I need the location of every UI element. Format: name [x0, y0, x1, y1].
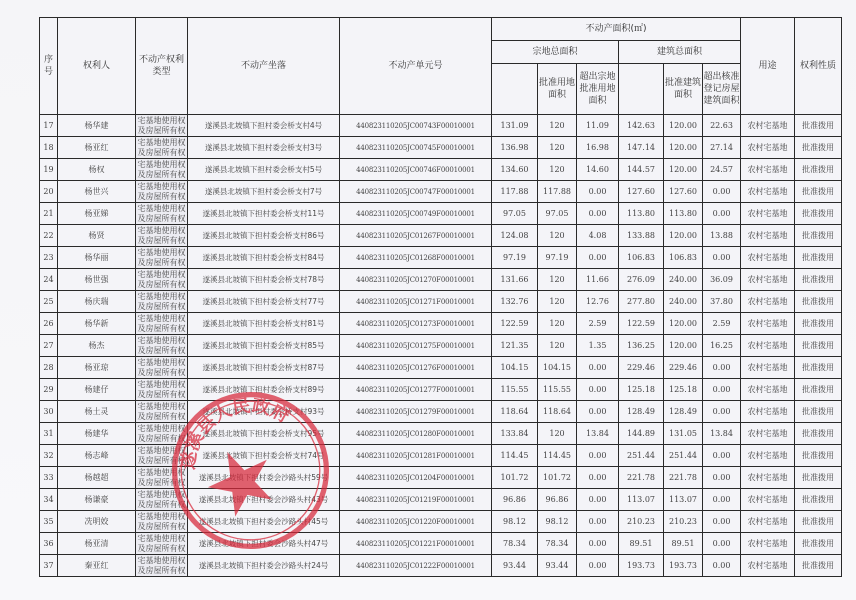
row-building-approved: 251.44 [664, 445, 703, 467]
row-location: 遂溪县北坡镇下担村委会桥支村7号 [188, 181, 340, 203]
row-use: 农村宅基地 [741, 555, 795, 577]
row-use: 农村宅基地 [741, 181, 795, 203]
row-seq: 17 [40, 115, 58, 137]
row-seq: 36 [40, 533, 58, 555]
table-row: 23杨华丽宅基地使用权及房屋所有权遂溪县北坡镇下担村委会桥支村84号440823… [40, 247, 842, 269]
row-use: 农村宅基地 [741, 533, 795, 555]
row-right-nature: 批准拨用 [795, 423, 842, 445]
row-building-excess: 0.00 [703, 533, 741, 555]
row-seq: 29 [40, 379, 58, 401]
row-owner: 杨谦豪 [58, 489, 136, 511]
row-location: 遂溪县北坡镇下担村委会桥支村93号 [188, 401, 340, 423]
row-right-type: 宅基地使用权及房屋所有权 [136, 269, 188, 291]
row-building-approved: 120.00 [664, 159, 703, 181]
row-land-total: 133.84 [492, 423, 538, 445]
row-unit-no: 440823110205JC01219F00010001 [340, 489, 492, 511]
row-use: 农村宅基地 [741, 247, 795, 269]
row-seq: 25 [40, 291, 58, 313]
header-land-total: 宗地总面积 [492, 41, 619, 64]
row-owner: 杨权 [58, 159, 136, 181]
row-building-excess: 0.00 [703, 489, 741, 511]
row-land-total: 78.34 [492, 533, 538, 555]
table-row: 34杨谦豪宅基地使用权及房屋所有权遂溪县北坡镇下担村委会沙路头村43号44082… [40, 489, 842, 511]
row-right-type: 宅基地使用权及房屋所有权 [136, 555, 188, 577]
row-land-approved: 114.45 [538, 445, 577, 467]
row-location: 遂溪县北坡镇下担村委会桥支村85号 [188, 335, 340, 357]
row-location: 遂溪县北坡镇下担村委会沙路头村43号 [188, 489, 340, 511]
row-owner: 杨亚红 [58, 137, 136, 159]
row-owner: 杨杰 [58, 335, 136, 357]
row-land-excess: 0.00 [577, 555, 619, 577]
row-building-approved: 131.05 [664, 423, 703, 445]
row-building-total: 89.51 [619, 533, 664, 555]
row-building-total: 142.63 [619, 115, 664, 137]
row-building-approved: 113.07 [664, 489, 703, 511]
row-building-approved: 210.23 [664, 511, 703, 533]
table-row: 19杨权宅基地使用权及房屋所有权遂溪县北坡镇下担村委会桥支村5号44082311… [40, 159, 842, 181]
table-row: 21杨亚娣宅基地使用权及房屋所有权遂溪县北坡镇下担村委会桥支村11号440823… [40, 203, 842, 225]
row-right-type: 宅基地使用权及房屋所有权 [136, 291, 188, 313]
row-seq: 23 [40, 247, 58, 269]
table-row: 22杨贤宅基地使用权及房屋所有权遂溪县北坡镇下担村委会桥支村86号4408231… [40, 225, 842, 247]
row-building-total: 147.14 [619, 137, 664, 159]
row-owner: 杨越超 [58, 467, 136, 489]
row-location: 遂溪县北坡镇下担村委会桥支村89号 [188, 379, 340, 401]
row-right-type: 宅基地使用权及房屋所有权 [136, 159, 188, 181]
row-land-total: 136.98 [492, 137, 538, 159]
row-owner: 杨亚娣 [58, 203, 136, 225]
row-land-total: 115.55 [492, 379, 538, 401]
row-use: 农村宅基地 [741, 137, 795, 159]
row-unit-no: 440823110205JC01281F00010001 [340, 445, 492, 467]
row-building-total: 221.78 [619, 467, 664, 489]
row-unit-no: 440823110205JC01277F00010001 [340, 379, 492, 401]
row-owner: 杨志峰 [58, 445, 136, 467]
row-seq: 30 [40, 401, 58, 423]
header-land-excess: 超出宗地批准用地面积 [577, 64, 619, 115]
row-building-total: 277.80 [619, 291, 664, 313]
row-building-total: 136.25 [619, 335, 664, 357]
row-seq: 22 [40, 225, 58, 247]
row-land-excess: 12.76 [577, 291, 619, 313]
row-land-excess: 0.00 [577, 489, 619, 511]
row-seq: 32 [40, 445, 58, 467]
row-building-excess: 0.00 [703, 247, 741, 269]
row-building-total: 113.07 [619, 489, 664, 511]
row-building-excess: 13.84 [703, 423, 741, 445]
row-land-total: 101.72 [492, 467, 538, 489]
row-building-total: 128.49 [619, 401, 664, 423]
row-building-approved: 113.80 [664, 203, 703, 225]
row-unit-no: 440823110205JC01271F00010001 [340, 291, 492, 313]
row-unit-no: 440823110205JC00745F00010001 [340, 137, 492, 159]
row-right-nature: 批准拨用 [795, 181, 842, 203]
row-location: 遂溪县北坡镇下担村委会沙路头村24号 [188, 555, 340, 577]
table-row: 24杨世强宅基地使用权及房屋所有权遂溪县北坡镇下担村委会桥支村78号440823… [40, 269, 842, 291]
row-right-nature: 批准拨用 [795, 335, 842, 357]
row-land-total: 104.15 [492, 357, 538, 379]
row-right-type: 宅基地使用权及房屋所有权 [136, 467, 188, 489]
row-land-total: 97.05 [492, 203, 538, 225]
row-owner: 杨土灵 [58, 401, 136, 423]
row-land-approved: 120 [538, 225, 577, 247]
table-row: 18杨亚红宅基地使用权及房屋所有权遂溪县北坡镇下担村委会桥支村3号4408231… [40, 137, 842, 159]
row-location: 遂溪县北坡镇下担村委会沙路头村45号 [188, 511, 340, 533]
row-right-nature: 批准拨用 [795, 291, 842, 313]
row-right-type: 宅基地使用权及房屋所有权 [136, 115, 188, 137]
row-use: 农村宅基地 [741, 115, 795, 137]
row-right-type: 宅基地使用权及房屋所有权 [136, 313, 188, 335]
header-building-total: 建筑总面积 [619, 41, 741, 64]
row-building-approved: 240.00 [664, 291, 703, 313]
row-building-total: 144.89 [619, 423, 664, 445]
row-right-nature: 批准拨用 [795, 357, 842, 379]
row-right-nature: 批准拨用 [795, 313, 842, 335]
row-right-type: 宅基地使用权及房屋所有权 [136, 247, 188, 269]
header-right-nature: 权利性质 [795, 18, 842, 115]
row-land-excess: 4.08 [577, 225, 619, 247]
row-location: 遂溪县北坡镇下担村委会沙路头村59号 [188, 467, 340, 489]
row-land-approved: 93.44 [538, 555, 577, 577]
row-building-excess: 0.00 [703, 445, 741, 467]
row-land-approved: 120 [538, 423, 577, 445]
row-building-total: 122.59 [619, 313, 664, 335]
row-land-excess: 0.00 [577, 401, 619, 423]
row-land-approved: 120 [538, 159, 577, 181]
row-building-approved: 120.00 [664, 115, 703, 137]
row-owner: 杨贤 [58, 225, 136, 247]
row-right-nature: 批准拨用 [795, 159, 842, 181]
row-right-nature: 批准拨用 [795, 533, 842, 555]
header-seq: 序号 [40, 18, 58, 115]
row-building-excess: 0.00 [703, 379, 741, 401]
row-unit-no: 440823110205JC00743F00010001 [340, 115, 492, 137]
row-unit-no: 440823110205JC01220F00010001 [340, 511, 492, 533]
row-owner: 杨华新 [58, 313, 136, 335]
row-right-nature: 批准拨用 [795, 225, 842, 247]
row-building-excess: 2.59 [703, 313, 741, 335]
row-land-excess: 0.00 [577, 379, 619, 401]
row-building-total: 144.57 [619, 159, 664, 181]
row-building-total: 113.80 [619, 203, 664, 225]
row-location: 遂溪县北坡镇下担村委会桥支村77号 [188, 291, 340, 313]
row-land-total: 96.86 [492, 489, 538, 511]
row-owner: 杨华建 [58, 115, 136, 137]
row-building-approved: 125.18 [664, 379, 703, 401]
row-right-nature: 批准拨用 [795, 379, 842, 401]
row-building-excess: 0.00 [703, 467, 741, 489]
document-page: 序号 权利人 不动产权利类型 不动产坐落 不动产单元号 不动产面积(㎡) 用途 … [0, 0, 856, 600]
row-seq: 28 [40, 357, 58, 379]
row-building-excess: 24.57 [703, 159, 741, 181]
header-building-excess: 超出核准登记房屋建筑面积 [703, 64, 741, 115]
row-building-total: 210.23 [619, 511, 664, 533]
row-seq: 31 [40, 423, 58, 445]
row-land-excess: 0.00 [577, 511, 619, 533]
row-owner: 杨亚清 [58, 533, 136, 555]
table-row: 29杨建仔宅基地使用权及房屋所有权遂溪县北坡镇下担村委会桥支村89号440823… [40, 379, 842, 401]
row-land-total: 122.59 [492, 313, 538, 335]
row-land-approved: 97.19 [538, 247, 577, 269]
table-body: 17杨华建宅基地使用权及房屋所有权遂溪县北坡镇下担村委会桥支村4号4408231… [40, 115, 842, 577]
row-seq: 18 [40, 137, 58, 159]
row-land-total: 93.44 [492, 555, 538, 577]
row-land-total: 97.19 [492, 247, 538, 269]
row-building-excess: 22.63 [703, 115, 741, 137]
row-owner: 杨华丽 [58, 247, 136, 269]
row-land-excess: 0.00 [577, 445, 619, 467]
row-building-approved: 127.60 [664, 181, 703, 203]
row-land-excess: 0.00 [577, 181, 619, 203]
row-land-excess: 2.59 [577, 313, 619, 335]
row-owner: 杨世强 [58, 269, 136, 291]
row-building-excess: 0.00 [703, 181, 741, 203]
row-land-total: 98.12 [492, 511, 538, 533]
row-right-nature: 批准拨用 [795, 555, 842, 577]
row-right-type: 宅基地使用权及房屋所有权 [136, 533, 188, 555]
table-row: 30杨土灵宅基地使用权及房屋所有权遂溪县北坡镇下担村委会桥支村93号440823… [40, 401, 842, 423]
row-unit-no: 440823110205JC01268F00010001 [340, 247, 492, 269]
row-location: 遂溪县北坡镇下担村委会桥支村86号 [188, 225, 340, 247]
row-land-total: 114.45 [492, 445, 538, 467]
row-owner: 杨建华 [58, 423, 136, 445]
row-use: 农村宅基地 [741, 159, 795, 181]
row-seq: 20 [40, 181, 58, 203]
row-use: 农村宅基地 [741, 313, 795, 335]
row-owner: 杨亚琼 [58, 357, 136, 379]
row-location: 遂溪县北坡镇下担村委会桥支村5号 [188, 159, 340, 181]
row-building-total: 125.18 [619, 379, 664, 401]
row-seq: 24 [40, 269, 58, 291]
row-owner: 冼明姣 [58, 511, 136, 533]
row-building-total: 193.73 [619, 555, 664, 577]
row-location: 遂溪县北坡镇下担村委会桥支村74号 [188, 445, 340, 467]
row-building-approved: 120.00 [664, 137, 703, 159]
row-land-approved: 118.64 [538, 401, 577, 423]
row-owner: 杨世兴 [58, 181, 136, 203]
row-land-approved: 117.88 [538, 181, 577, 203]
row-seq: 37 [40, 555, 58, 577]
row-building-excess: 0.00 [703, 401, 741, 423]
row-unit-no: 440823110205JC01275F00010001 [340, 335, 492, 357]
row-land-total: 118.64 [492, 401, 538, 423]
row-owner: 杨庆瑞 [58, 291, 136, 313]
row-unit-no: 440823110205JC01267F00010001 [340, 225, 492, 247]
header-building-total-sub [619, 64, 664, 115]
row-right-nature: 批准拨用 [795, 269, 842, 291]
row-building-excess: 0.00 [703, 203, 741, 225]
row-right-type: 宅基地使用权及房屋所有权 [136, 335, 188, 357]
header-use: 用途 [741, 18, 795, 115]
row-building-total: 229.46 [619, 357, 664, 379]
table-row: 26杨华新宅基地使用权及房屋所有权遂溪县北坡镇下担村委会桥支村81号440823… [40, 313, 842, 335]
row-right-nature: 批准拨用 [795, 489, 842, 511]
row-location: 遂溪县北坡镇下担村委会桥支村3号 [188, 137, 340, 159]
row-right-nature: 批准拨用 [795, 115, 842, 137]
row-use: 农村宅基地 [741, 445, 795, 467]
row-right-nature: 批准拨用 [795, 137, 842, 159]
row-land-excess: 1.35 [577, 335, 619, 357]
row-unit-no: 440823110205JC01273F00010001 [340, 313, 492, 335]
row-use: 农村宅基地 [741, 379, 795, 401]
row-building-excess: 37.80 [703, 291, 741, 313]
row-seq: 27 [40, 335, 58, 357]
row-land-approved: 120 [538, 313, 577, 335]
row-use: 农村宅基地 [741, 467, 795, 489]
row-land-approved: 78.34 [538, 533, 577, 555]
row-land-total: 124.08 [492, 225, 538, 247]
row-use: 农村宅基地 [741, 225, 795, 247]
header-building-approved: 批准建筑面积 [664, 64, 703, 115]
registration-table: 序号 权利人 不动产权利类型 不动产坐落 不动产单元号 不动产面积(㎡) 用途 … [39, 17, 842, 577]
row-building-total: 133.88 [619, 225, 664, 247]
row-building-approved: 106.83 [664, 247, 703, 269]
row-land-approved: 120 [538, 291, 577, 313]
row-use: 农村宅基地 [741, 357, 795, 379]
row-building-total: 251.44 [619, 445, 664, 467]
row-land-total: 131.09 [492, 115, 538, 137]
row-land-excess: 0.00 [577, 203, 619, 225]
row-right-nature: 批准拨用 [795, 203, 842, 225]
row-right-type: 宅基地使用权及房屋所有权 [136, 379, 188, 401]
row-right-nature: 批准拨用 [795, 511, 842, 533]
row-building-approved: 193.73 [664, 555, 703, 577]
row-building-total: 106.83 [619, 247, 664, 269]
row-location: 遂溪县北坡镇下担村委会桥支村95号 [188, 423, 340, 445]
header-location: 不动产坐落 [188, 18, 340, 115]
row-land-total: 132.76 [492, 291, 538, 313]
row-right-type: 宅基地使用权及房屋所有权 [136, 225, 188, 247]
row-seq: 34 [40, 489, 58, 511]
row-building-excess: 13.88 [703, 225, 741, 247]
table-row: 28杨亚琼宅基地使用权及房屋所有权遂溪县北坡镇下担村委会桥支村87号440823… [40, 357, 842, 379]
row-building-excess: 0.00 [703, 357, 741, 379]
row-land-approved: 101.72 [538, 467, 577, 489]
table-row: 20杨世兴宅基地使用权及房屋所有权遂溪县北坡镇下担村委会桥支村7号4408231… [40, 181, 842, 203]
row-owner: 秦亚红 [58, 555, 136, 577]
row-building-excess: 0.00 [703, 555, 741, 577]
row-right-nature: 批准拨用 [795, 445, 842, 467]
row-right-type: 宅基地使用权及房屋所有权 [136, 489, 188, 511]
row-land-total: 131.66 [492, 269, 538, 291]
row-land-approved: 120 [538, 335, 577, 357]
row-building-approved: 229.46 [664, 357, 703, 379]
row-right-nature: 批准拨用 [795, 401, 842, 423]
row-land-total: 134.60 [492, 159, 538, 181]
row-building-approved: 221.78 [664, 467, 703, 489]
row-land-excess: 14.60 [577, 159, 619, 181]
table-row: 25杨庆瑞宅基地使用权及房屋所有权遂溪县北坡镇下担村委会桥支村77号440823… [40, 291, 842, 313]
row-use: 农村宅基地 [741, 291, 795, 313]
row-building-approved: 120.00 [664, 335, 703, 357]
table-row: 17杨华建宅基地使用权及房屋所有权遂溪县北坡镇下担村委会桥支村4号4408231… [40, 115, 842, 137]
row-right-type: 宅基地使用权及房屋所有权 [136, 511, 188, 533]
row-land-total: 117.88 [492, 181, 538, 203]
row-use: 农村宅基地 [741, 401, 795, 423]
row-right-type: 宅基地使用权及房屋所有权 [136, 203, 188, 225]
row-right-type: 宅基地使用权及房屋所有权 [136, 181, 188, 203]
row-building-approved: 128.49 [664, 401, 703, 423]
table-row: 27杨杰宅基地使用权及房屋所有权遂溪县北坡镇下担村委会桥支村85号4408231… [40, 335, 842, 357]
row-land-approved: 97.05 [538, 203, 577, 225]
row-unit-no: 440823110205JC00747F00010001 [340, 181, 492, 203]
row-land-approved: 98.12 [538, 511, 577, 533]
header-owner: 权利人 [58, 18, 136, 115]
row-location: 遂溪县北坡镇下担村委会沙路头村47号 [188, 533, 340, 555]
row-location: 遂溪县北坡镇下担村委会桥支村78号 [188, 269, 340, 291]
row-land-approved: 115.55 [538, 379, 577, 401]
row-building-excess: 16.25 [703, 335, 741, 357]
row-building-excess: 0.00 [703, 511, 741, 533]
row-land-excess: 11.66 [577, 269, 619, 291]
row-location: 遂溪县北坡镇下担村委会桥支村11号 [188, 203, 340, 225]
row-right-type: 宅基地使用权及房屋所有权 [136, 137, 188, 159]
row-building-approved: 89.51 [664, 533, 703, 555]
row-use: 农村宅基地 [741, 269, 795, 291]
row-unit-no: 440823110205JC01222F00010001 [340, 555, 492, 577]
row-right-type: 宅基地使用权及房屋所有权 [136, 445, 188, 467]
row-land-approved: 96.86 [538, 489, 577, 511]
row-building-total: 127.60 [619, 181, 664, 203]
row-building-approved: 120.00 [664, 313, 703, 335]
row-land-excess: 0.00 [577, 467, 619, 489]
header-area-group: 不动产面积(㎡) [492, 18, 741, 41]
row-land-approved: 120 [538, 137, 577, 159]
row-seq: 21 [40, 203, 58, 225]
row-building-excess: 27.14 [703, 137, 741, 159]
table-row: 37秦亚红宅基地使用权及房屋所有权遂溪县北坡镇下担村委会沙路头村24号44082… [40, 555, 842, 577]
row-unit-no: 440823110205JC01276F00010001 [340, 357, 492, 379]
table-row: 33杨越超宅基地使用权及房屋所有权遂溪县北坡镇下担村委会沙路头村59号44082… [40, 467, 842, 489]
table-row: 32杨志峰宅基地使用权及房屋所有权遂溪县北坡镇下担村委会桥支村74号440823… [40, 445, 842, 467]
row-unit-no: 440823110205JC01279F00010001 [340, 401, 492, 423]
row-unit-no: 440823110205JC00746F00010001 [340, 159, 492, 181]
header-land-approved: 批准用地面积 [538, 64, 577, 115]
row-seq: 35 [40, 511, 58, 533]
row-unit-no: 440823110205JC01204F00010001 [340, 467, 492, 489]
row-use: 农村宅基地 [741, 335, 795, 357]
header-land-total-sub [492, 64, 538, 115]
row-location: 遂溪县北坡镇下担村委会桥支村81号 [188, 313, 340, 335]
header-right-type: 不动产权利类型 [136, 18, 188, 115]
row-land-total: 121.35 [492, 335, 538, 357]
row-land-approved: 120 [538, 269, 577, 291]
row-land-approved: 104.15 [538, 357, 577, 379]
row-land-excess: 11.09 [577, 115, 619, 137]
row-owner: 杨建仔 [58, 379, 136, 401]
row-unit-no: 440823110205JC00749F00010001 [340, 203, 492, 225]
row-right-type: 宅基地使用权及房屋所有权 [136, 357, 188, 379]
row-land-excess: 16.98 [577, 137, 619, 159]
row-seq: 33 [40, 467, 58, 489]
row-seq: 26 [40, 313, 58, 335]
row-right-type: 宅基地使用权及房屋所有权 [136, 401, 188, 423]
row-unit-no: 440823110205JC01270F00010001 [340, 269, 492, 291]
row-building-total: 276.09 [619, 269, 664, 291]
row-location: 遂溪县北坡镇下担村委会桥支村84号 [188, 247, 340, 269]
row-right-type: 宅基地使用权及房屋所有权 [136, 423, 188, 445]
row-right-nature: 批准拨用 [795, 247, 842, 269]
row-land-approved: 120 [538, 115, 577, 137]
row-use: 农村宅基地 [741, 423, 795, 445]
row-use: 农村宅基地 [741, 203, 795, 225]
table-row: 31杨建华宅基地使用权及房屋所有权遂溪县北坡镇下担村委会桥支村95号440823… [40, 423, 842, 445]
header-unit-no: 不动产单元号 [340, 18, 492, 115]
table-row: 35冼明姣宅基地使用权及房屋所有权遂溪县北坡镇下担村委会沙路头村45号44082… [40, 511, 842, 533]
row-land-excess: 13.84 [577, 423, 619, 445]
row-use: 农村宅基地 [741, 489, 795, 511]
row-right-nature: 批准拨用 [795, 467, 842, 489]
